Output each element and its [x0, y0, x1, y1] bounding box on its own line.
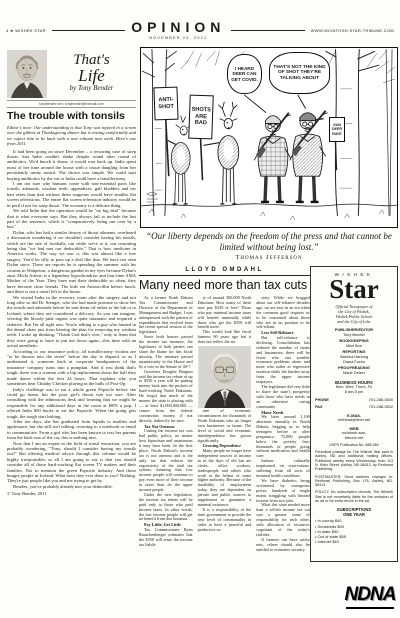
lloyd-omdahl-photo — [198, 346, 252, 408]
article-column-1: As a former North Dakota Tax Commissione… — [139, 296, 193, 558]
section-block: OPINION NOVEMBER 24, 2021 — [131, 21, 225, 40]
tony-bender-photo — [7, 50, 47, 98]
body-paragraph: It had been going on since December – a … — [7, 149, 136, 181]
column-title-block: That's Life by Tony Bender — [47, 50, 136, 93]
email-address: redhead@drtel.net — [315, 418, 393, 423]
fax-line: FAX 701-288-3502 — [315, 404, 393, 409]
page-header: 4 ★ WISHEK STAR OPINION NOVEMBER 24, 202… — [6, 21, 394, 40]
article-paragraph: ciety. While we bragged about our self-r… — [256, 296, 310, 330]
body-paragraph: We visited India in the recovery room af… — [7, 295, 136, 349]
body-paragraph: According to our insurance policy, all t… — [7, 349, 136, 387]
usps-number: USPS Publication No. 688-060 — [315, 443, 393, 447]
editorial-cartoon: I HEARD DEER CAN GET COVID. THAT'S NOT T… — [140, 47, 398, 228]
article-paragraph: Since both houses passed the income tax … — [139, 335, 193, 369]
thats-life-column: That's Life by Tony Bender tonybender.ne… — [7, 50, 136, 570]
article-columns: As a former North Dakota Tax Commissione… — [139, 296, 310, 558]
article-paragraph: The legislature did very little to share… — [256, 385, 310, 410]
gun-deer-hunt-sign: GUN DEER HUNT — [329, 117, 345, 142]
article-paragraph: Tax Commissioner Ryan Rauschenberger est… — [139, 528, 193, 548]
staff-name: Sabrina Hartung Diana Fuchs — [315, 355, 393, 364]
header-rule-left — [52, 30, 125, 31]
press-freedom-quote: “Our liberty depends on the freedom of t… — [140, 231, 398, 261]
article-paragraph: But self-reliance is declining. Consolid… — [256, 336, 310, 385]
editors-note: Editor's note: Our understanding is that… — [7, 125, 136, 147]
omdahl-article: LLOYD OMDAHL Many need more than tax cut… — [139, 267, 310, 558]
article-paragraph: Under the new legislation, the income ta… — [139, 493, 193, 522]
issue-date: NOVEMBER 24, 2021 — [131, 36, 225, 40]
staff-name: Marie Delzer — [315, 371, 393, 376]
speech-bubble-left: I HEARD DEER CAN GET COVID. — [227, 54, 262, 94]
web-address: mcintosh-star- tribune.net — [315, 431, 393, 440]
author-contact: tonybender.net • tonybender@hotmail.com — [7, 100, 136, 108]
header-rule-right — [231, 30, 304, 31]
periodical-notice: Periodical postage for The Wishek Star p… — [315, 450, 393, 471]
article-paragraph: This would look like fiscal fairness 90 … — [198, 330, 252, 345]
staff-name: Tony Bender — [315, 333, 393, 338]
article-paragraph: Governor Douglas Burgum said the income … — [139, 370, 193, 424]
body-paragraph: I am not sure why humans come with non-e… — [7, 181, 136, 208]
article-column-2: ty of around 300,000 North Dakotans. How… — [198, 296, 252, 558]
body-paragraph: Now that I am an expert in the field of … — [7, 441, 136, 484]
body-paragraph: Indy's challenge was to eat a whole gree… — [7, 387, 136, 419]
protest-sign-shots-are-bad: SHOTS ARE BAD — [188, 95, 214, 140]
staff-name: Mitzi Bue — [315, 344, 393, 349]
business-hours: Mon, Wed, Thurs, Fri 8 am-5 pm — [315, 385, 393, 394]
body-paragraph: Besides, you've probably already met you… — [7, 484, 136, 489]
article-paragraph: ture of economic circumstances for thous… — [198, 409, 252, 443]
newspaper-page: 4 ★ WISHEK STAR OPINION NOVEMBER 24, 202… — [0, 0, 400, 618]
edition-label: 4 ★ WISHEK STAR — [6, 28, 46, 33]
policy-notice: POLICY: No subscription refunds. The Wis… — [315, 490, 393, 503]
body-paragraph: After ten days, she has graduated from l… — [7, 419, 136, 441]
speech-bubble-right: THAT'S NOT THE KIND OF SHOT THEY'RE TALK… — [269, 52, 330, 94]
article-paragraph: We have diabetics being victimized by ou… — [256, 479, 310, 504]
ndna-logo-text: NDNA — [345, 584, 396, 606]
article-column-3: ciety. While we bragged about our self-r… — [256, 296, 310, 558]
article-paragraph: What this state needed more than a selfi… — [256, 503, 310, 537]
phone-label: PHONE — [315, 397, 329, 402]
column-title-line2: Life — [47, 68, 136, 84]
article-paragraph: As a former North Dakota Tax Commissione… — [139, 296, 193, 335]
ndna-logo: NDNA — [342, 578, 398, 614]
masthead-name: Star — [315, 277, 393, 302]
article-paragraph: It is a responsibility of the state gove… — [198, 508, 252, 533]
column-headline: The trouble with tonsils — [7, 111, 136, 122]
subscriptions-list: • In county $40 • Snowbirds $50 • In sta… — [315, 518, 393, 544]
article-paragraph: If farmers can have safety nets, others … — [256, 538, 310, 553]
postmaster-notice: POSTMASTER: Send address changes to: Red… — [315, 475, 393, 488]
phone-line: PHONE 701-288-3500 — [315, 397, 393, 402]
column-byline: by Tony Bender — [47, 84, 136, 93]
section-title: OPINION — [131, 21, 225, 34]
body-paragraph: We told India that the operation would b… — [7, 208, 136, 230]
masthead-box: WISHEK Star Official Newspaper of the Ci… — [310, 266, 398, 562]
column-masthead: That's Life by Tony Bender — [7, 50, 136, 98]
masthead-official-text: Official Newspaper of the City of Wishek… — [315, 304, 393, 324]
article-headline: Many need more than tax cuts — [139, 279, 310, 292]
article-paragraph: ty of around 300,000 North Dakotans. How… — [198, 296, 252, 330]
phone-number: 701-288-3500 — [369, 397, 393, 402]
article-paragraph: Cutting the income tax was bad public po… — [139, 429, 193, 493]
ndna-logo-bar — [346, 607, 394, 609]
quote-text: “Our liberty depends on the freedom of t… — [140, 231, 398, 253]
body-paragraph: Dylan, who has had a similar history of … — [7, 230, 136, 295]
article-paragraph: We have around 1,100 abortions annually … — [256, 415, 310, 459]
quote-attribution: Thomas Jefferson — [140, 254, 398, 261]
protest-sign-anti-shot: ANTI- SHOT — [153, 87, 178, 121]
fax-label: FAX — [315, 404, 323, 409]
fax-number: 701-288-3502 — [369, 404, 393, 409]
website-label: WWW.MCINTOSH-STAR-TRIBUNE.COM — [311, 28, 394, 33]
article-paragraph: Many people no longer have independent s… — [198, 449, 252, 508]
article-paragraph: Indians culturally imprisoned on reserva… — [256, 459, 310, 479]
copyright-line: © Tony Bender, 2011 — [7, 491, 136, 496]
subscriptions-title: SUBSCRIPTIONS ONE YEAR — [315, 507, 393, 517]
article-byline: LLOYD OMDAHL — [139, 267, 310, 276]
